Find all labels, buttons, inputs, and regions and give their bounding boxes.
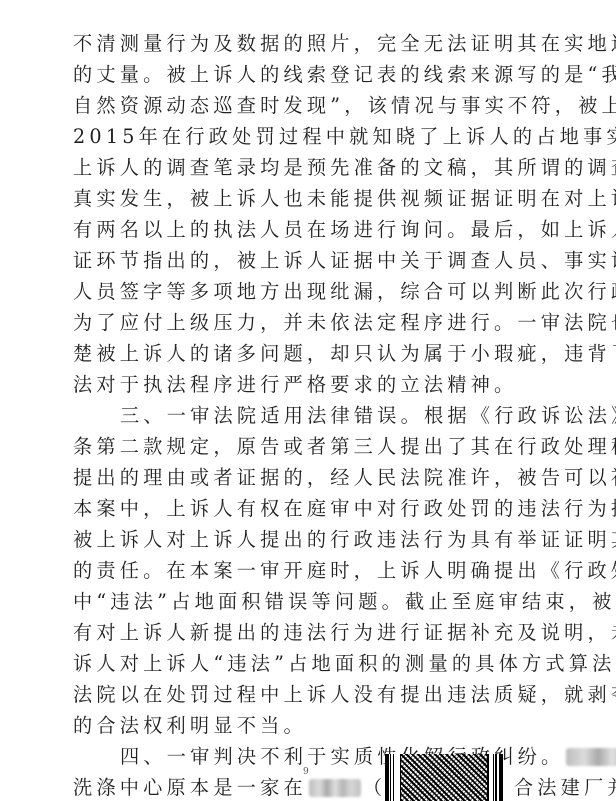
text-line: 中“违法”占地面积错误等问题。截止至庭审结束，被上诉人没 <box>73 586 545 617</box>
redacted-text <box>309 779 361 797</box>
text-line: 人员签字等多项地方出现纰漏，综合可以判断此次行政执法只是 <box>73 276 545 307</box>
text-line: 上诉人的调查笔录均是预先准备的文稿，其所谓的调查内容并未 <box>73 152 545 183</box>
text-line: 法对于执法程序进行严格要求的立法精神。 <box>73 369 545 400</box>
document-page: 不清测量行为及数据的照片，完全无法证明其在实地进行了准确 的丈量。被上诉人的线索… <box>0 0 616 801</box>
text-line: 的责任。在本案一审开庭时，上诉人明确提出《行政处罚决定书》 <box>73 555 545 586</box>
barcode-data <box>401 754 487 801</box>
document-body: 不清测量行为及数据的照片，完全无法证明其在实地进行了准确 的丈量。被上诉人的线索… <box>73 28 545 801</box>
pdf417-barcode <box>385 754 503 801</box>
barcode-start-pattern <box>385 754 399 801</box>
barcode-end-pattern <box>489 754 503 801</box>
text-line: 真实发生，被上诉人也未能提供视频证据证明在对上诉人调查时 <box>73 183 545 214</box>
text-line: 为了应付上级压力，并未依法定程序进行。一审法院也已调查清 <box>73 307 545 338</box>
text-fragment: 洗涤中心原本是一家在 <box>73 776 307 799</box>
text-line: 提出的理由或者证据的，经人民法院准许，被告可以补充证据。 <box>73 462 545 493</box>
text-line: 诉人对上诉人“违法”占地面积的测量的具体方式算法等。一审 <box>73 648 545 679</box>
text-line: 的合法权利明显不当。 <box>73 710 545 741</box>
text-line: 2015年在行政处罚过程中就知晓了上诉人的占地事实。再次，被 <box>73 121 545 152</box>
text-line: 被上诉人对上诉人提出的行政违法行为具有举证证明其行为合法 <box>73 524 545 555</box>
text-line: 楚被上诉人的诸多问题，却只认为属于小瑕疵，违背了行政处罚 <box>73 338 545 369</box>
text-line: 有两名以上的执法人员在场进行询问。最后，如上诉人在一审质 <box>73 214 545 245</box>
text-line: 本案中，上诉人有权在庭审中对行政处罚的违法行为提出质疑， <box>73 493 545 524</box>
section-heading-line: 三、一审法院适用法律错误。根据《行政诉讼法》第三十六 <box>73 400 545 431</box>
text-line: 法院以在处罚过程中上诉人没有提出违法质疑，就剥夺了上诉人 <box>73 679 545 710</box>
text-line: 自然资源动态巡查时发现”，该情况与事实不符，被上诉人早已于 <box>73 90 545 121</box>
text-line: 条第二款规定，原告或者第三人提出了其在行政处理程序中没有 <box>73 431 545 462</box>
text-line: 有对上诉人新提出的违法行为进行证据补充及说明，未说明被上 <box>73 617 545 648</box>
text-line: 证环节指出的，被上诉人证据中关于调查人员、事实认定、与会 <box>73 245 545 276</box>
page-number: 9 <box>303 767 309 777</box>
text-line: 的丈量。被上诉人的线索登记表的线索来源写的是“我局在开展 <box>73 59 545 90</box>
text-line: 不清测量行为及数据的照片，完全无法证明其在实地进行了准确 <box>73 28 545 59</box>
redacted-text <box>566 748 616 766</box>
